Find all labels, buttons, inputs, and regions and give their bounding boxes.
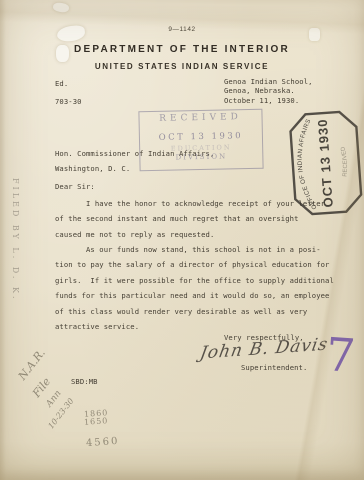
octagon-stamp-small-text: RECEIVED bbox=[340, 145, 350, 177]
pencil-number: 1650 bbox=[84, 416, 109, 427]
octagon-date-stamp: OFFICE OF INDIAN AFFAIRS OCT 13 1930 REC… bbox=[286, 108, 364, 224]
received-stamp-word: RECEIVED bbox=[139, 112, 261, 125]
letterhead-department: DEPARTMENT OF THE INTERIOR bbox=[0, 44, 364, 55]
body-paragraph-2: As our funds now stand, this school is n… bbox=[55, 242, 334, 334]
sender-address-block: Genoa Indian School,Genoa, Nebraska.Octo… bbox=[224, 77, 313, 105]
typist-initials: SBD:MB bbox=[71, 377, 98, 386]
ref-subject: Ed. bbox=[55, 79, 68, 88]
form-number: 9—1142 bbox=[0, 26, 364, 33]
salutation: Dear Sir: bbox=[55, 182, 95, 191]
octagon-stamp-graphic: OFFICE OF INDIAN AFFAIRS OCT 13 1930 REC… bbox=[286, 108, 364, 219]
letter-page: 9—1142 DEPARTMENT OF THE INTERIOR UNITED… bbox=[0, 0, 364, 480]
sender-address-line: October 11, 1930. bbox=[224, 96, 313, 105]
sender-address-line: Genoa Indian School, bbox=[224, 77, 313, 86]
pencil-number: 4560 bbox=[86, 436, 120, 449]
paper-damage-patch bbox=[52, 2, 69, 13]
signature-title: Superintendent. bbox=[241, 363, 307, 372]
received-stamp-date: OCT 13 1930 bbox=[140, 131, 262, 144]
body-line: of the second instant and much regret th… bbox=[55, 211, 325, 226]
ref-file-number: 703-30 bbox=[55, 97, 82, 106]
body-line: of this class would render very desirabl… bbox=[55, 304, 334, 319]
received-stamp: RECEIVED OCT 13 1930 EDUCATION DIVISION bbox=[138, 109, 263, 172]
body-line: caused me not to reply as requested. bbox=[55, 227, 325, 242]
signature-handwritten: John B. Davis bbox=[198, 334, 329, 363]
letterhead-service: UNITED STATES INDIAN SERVICE bbox=[0, 62, 364, 71]
octagon-stamp-date: OCT 13 1930 bbox=[315, 118, 336, 208]
body-line: As our funds now stand, this school is n… bbox=[55, 242, 334, 257]
sender-address-line: Genoa, Nebraska. bbox=[224, 86, 313, 95]
body-line: tion to pay the salary of a director of … bbox=[55, 257, 334, 272]
filed-by-stamp: FILED BY L. D. K. bbox=[11, 178, 20, 302]
body-line: girls. If it were possible for the offic… bbox=[55, 273, 334, 288]
body-paragraph-1: I have the honor to acknowledge receipt … bbox=[55, 196, 325, 242]
received-stamp-division-2: DIVISION bbox=[140, 152, 262, 163]
svg-text:RECEIVED: RECEIVED bbox=[340, 145, 350, 177]
body-line: I have the honor to acknowledge receipt … bbox=[55, 196, 325, 211]
body-line: funds for this particular need and it wo… bbox=[55, 288, 334, 303]
page-number-mark: 7 bbox=[324, 331, 356, 379]
